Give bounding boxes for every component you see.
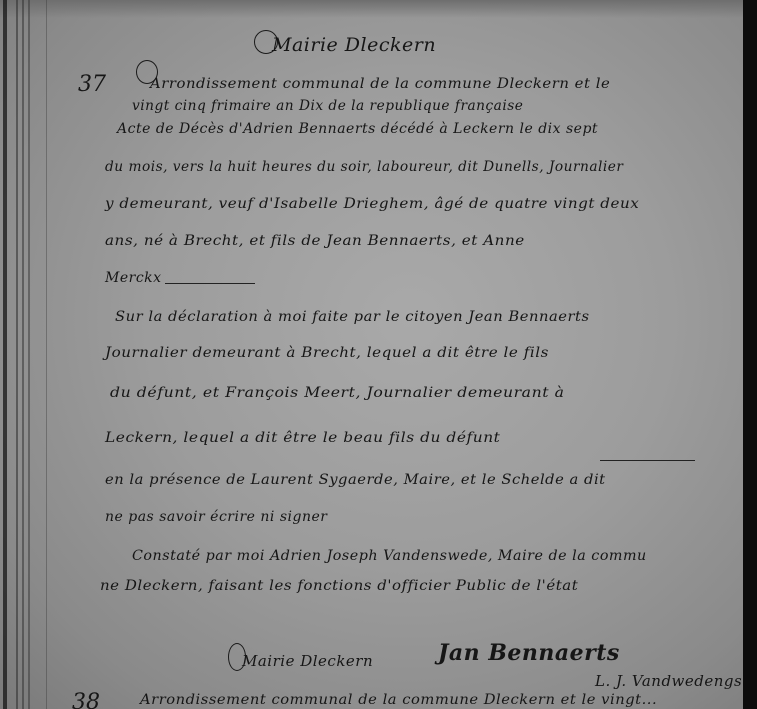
record-line: Sur la déclaration à moi faite par le ci… (115, 309, 590, 325)
record-line: Acte de Décès d'Adrien Bennaerts décédé … (117, 121, 598, 137)
page-right-edge (743, 0, 757, 709)
record-line: Arrondissement communal de la commune Dl… (150, 76, 610, 92)
record-line: Leckern, lequel a dit être le beau fils … (105, 430, 500, 446)
signature-mairie: Mairie Dleckern (242, 652, 373, 670)
record-line: ne Dleckern, faisant les fonctions d'off… (100, 578, 578, 594)
page-header: Mairie Dleckern (272, 34, 436, 56)
record-line: vingt cinq frimaire an Dix de la republi… (132, 98, 523, 114)
register-page: Mairie Dleckern 37 Arrondissement commun… (0, 0, 745, 709)
binding-line (46, 0, 47, 709)
record-line: en la présence de Laurent Sygaerde, Mair… (105, 472, 606, 488)
record-line: du défunt, et François Meert, Journalier… (110, 385, 565, 401)
record-line: Journalier demeurant à Brecht, lequel a … (105, 345, 549, 361)
binding-line (28, 0, 30, 709)
entry-number: 37 (78, 72, 106, 97)
record-line: Arrondissement communal de la commune Dl… (140, 692, 657, 708)
struck-word (600, 460, 695, 461)
page-top-shadow (0, 0, 745, 18)
record-line: ans, né à Brecht, et fils de Jean Bennae… (105, 233, 525, 249)
binding-edge (3, 0, 7, 709)
record-line: ne pas savoir écrire ni signer (105, 509, 327, 525)
record-line: Merckx (105, 270, 162, 286)
binding-line (16, 0, 18, 709)
entry-number: 38 (72, 690, 100, 709)
binding-line (22, 0, 24, 709)
record-line: du mois, vers la huit heures du soir, la… (105, 159, 623, 175)
signature-declarant: Jan Bennaerts (438, 640, 620, 666)
signature-officer: L. J. Vandwedengste (595, 672, 757, 690)
record-line: Constaté par moi Adrien Joseph Vandenswe… (132, 548, 647, 564)
record-line: y demeurant, veuf d'Isabelle Drieghem, â… (105, 196, 639, 212)
line-filler (165, 283, 255, 284)
